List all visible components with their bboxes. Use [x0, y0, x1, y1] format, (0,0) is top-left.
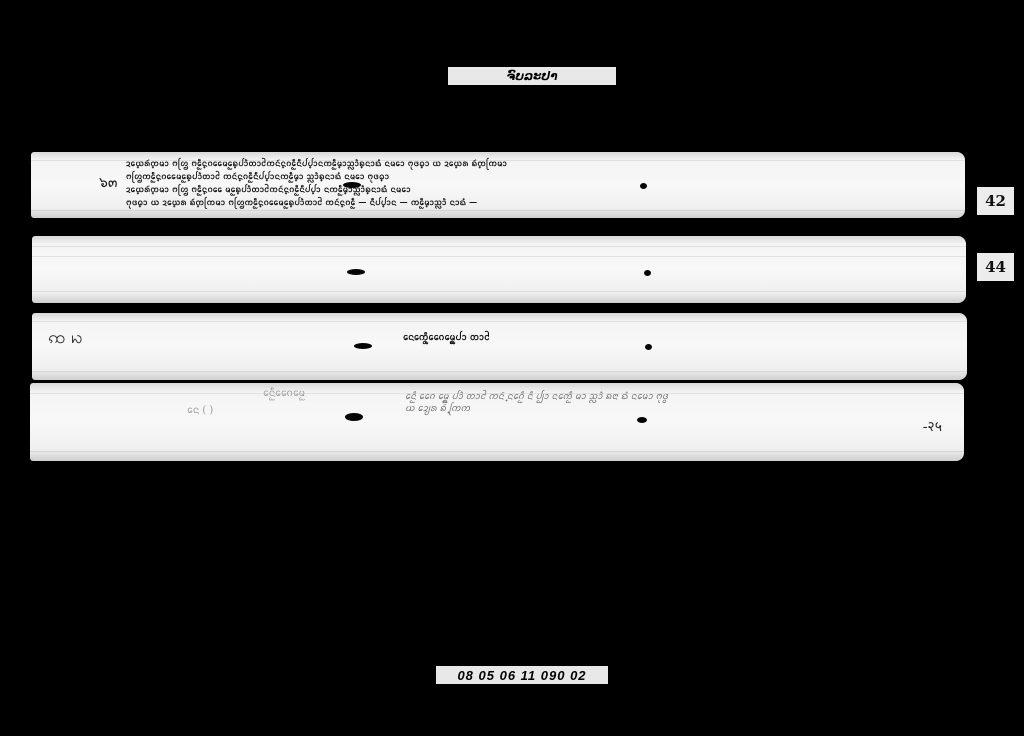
text-line: ᨻᩩᨴ᩠ᨵᩣ ᨿ ᨯᩮ᩠ᨿᩁ ᨦᩢ᩠ᨠᩕᨠᨾᩣ ᨻᩕᩉᩛᨠᩮᩬᩥ᩠ᨶᨣᩯᨾᩮᩬ᩠…: [126, 196, 950, 209]
page-number-card: 42: [977, 187, 1014, 215]
manuscript-title-label: ຈົບລະປາ: [448, 67, 616, 85]
string-hole: [644, 270, 651, 276]
archive-code-text: 08 05 06 11 090 02: [457, 668, 586, 683]
page-number-text: 44: [985, 258, 1006, 276]
string-hole: [354, 343, 372, 349]
leaf-4-inscription: ᨶᩮᩬᩥ ᨣᩯ ᨾᩮᩬ᩠ᨦ ᨸᩣᩫ ᨲᩣᩲ ᨠᨶᩢ᩠ ᨶᨣᩮᩬᩥ ᨶᩥ ᨸ᩠ᨸᩣ…: [405, 391, 668, 415]
palm-leaf-3: ꩡ ꩢ ᨶᩮᨠᩮᩬᩥ᩠ᨶᨣᩯᨾᩮᩬ᩠ᨦᨸᩣ ᨲᩣᩲ: [32, 313, 967, 380]
margin-marks: ꩡ ꩢ: [48, 325, 82, 352]
palm-leaf-4: ᨶᩮᩬᩥᨣᩯᨾᩮᩬ ᨶᩮ ( ) ᨶᩮᩬᩥ ᨣᩯ ᨾᩮᩬ᩠ᨦ ᨸᩣᩫ ᨲᩣᩲ ᨠ…: [30, 383, 964, 461]
faint-annotation: ᨶᩮ ( ): [187, 403, 213, 419]
leaf-3-inscription: ᨶᩮᨠᩮᩬᩥ᩠ᨶᨣᩯᨾᩮᩬ᩠ᨦᨸᩣ ᨲᩣᩲ: [403, 330, 490, 345]
leaf-page-mark: -२५: [923, 417, 942, 436]
leaf-1-text-block: ᨯᩮ᩠ᨿᩁᩢ᩠ᨠᨾᩣ ᨻᩕᩉᩛ ᨻᩮᩬᩥ᩠ᨶᨣᩯᨾᩮᩬ᩠ᨦᨸᩣᩫᨲᩣᩲᨠᨶᩢ᩠ᨶ…: [126, 157, 950, 209]
string-hole: [637, 417, 647, 423]
page-number-text: 42: [985, 192, 1006, 210]
string-hole: [640, 183, 647, 189]
leaf-folio-number: ๖๓: [99, 172, 117, 194]
text-line: ᨿ ᨯᩮ᩠ᨿᩁ ᨦᩢ᩠ ᨠᩕᨠ: [405, 403, 668, 415]
text-line: ᨶᩮᩬᩥ ᨣᩯ ᨾᩮᩬ᩠ᨦ ᨸᩣᩫ ᨲᩣᩲ ᨠᨶᩢ᩠ ᨶᨣᩮᩬᩥ ᨶᩥ ᨸ᩠ᨸᩣ…: [405, 391, 668, 403]
string-hole: [345, 413, 363, 421]
manuscript-title-text: ຈົບລະປາ: [506, 69, 557, 83]
archive-code-label: 08 05 06 11 090 02: [436, 666, 608, 684]
string-hole: [343, 182, 361, 188]
string-hole: [645, 344, 652, 350]
palm-leaf-2: [32, 236, 966, 303]
text-line: ᨻᩕᩉᩛᨠᩮᩬᩥ᩠ᨶᨣᩯᨾᩮᩬ᩠ᨦᨸᩣᩫᨲᩣᩲ ᨠᨶᩢ᩠ᨶᨣᩮᩬᩥᨶᩥᨸ᩠ᨸᩣᨶ…: [126, 170, 950, 183]
string-hole: [347, 269, 365, 275]
palm-leaf-1: ๖๓ ᨯᩮ᩠ᨿᩁᩢ᩠ᨠᨾᩣ ᨻᩕᩉᩛ ᨻᩮᩬᩥ᩠ᨶᨣᩯᨾᩮᩬ᩠ᨦᨸᩣᩫᨲᩣᩲᨠᨶ…: [31, 152, 965, 218]
text-line: ᨯᩮ᩠ᨿᩁᩢ᩠ᨠᨾᩣ ᨻᩕᩉᩛ ᨻᩮᩬᩥ᩠ᨶᨣᩯᨾᩮᩬ᩠ᨦᨸᩣᩫᨲᩣᩲᨠᨶᩢ᩠ᨶ…: [126, 157, 950, 170]
page-number-card: 44: [977, 253, 1014, 281]
faint-annotation: ᨶᩮᩬᩥᨣᩯᨾᩮᩬ: [263, 386, 305, 402]
text-line: ᨯᩮ᩠ᨿᩁᩢ᩠ᨠᨾᩣ ᨻᩕᩉᩛ ᨻᩮᩬᩥ᩠ᨶᨣᩯ ᨾᩮᩬ᩠ᨦᨸᩣᩫᨲᩣᩲᨠᨶᩢ᩠…: [126, 183, 950, 196]
